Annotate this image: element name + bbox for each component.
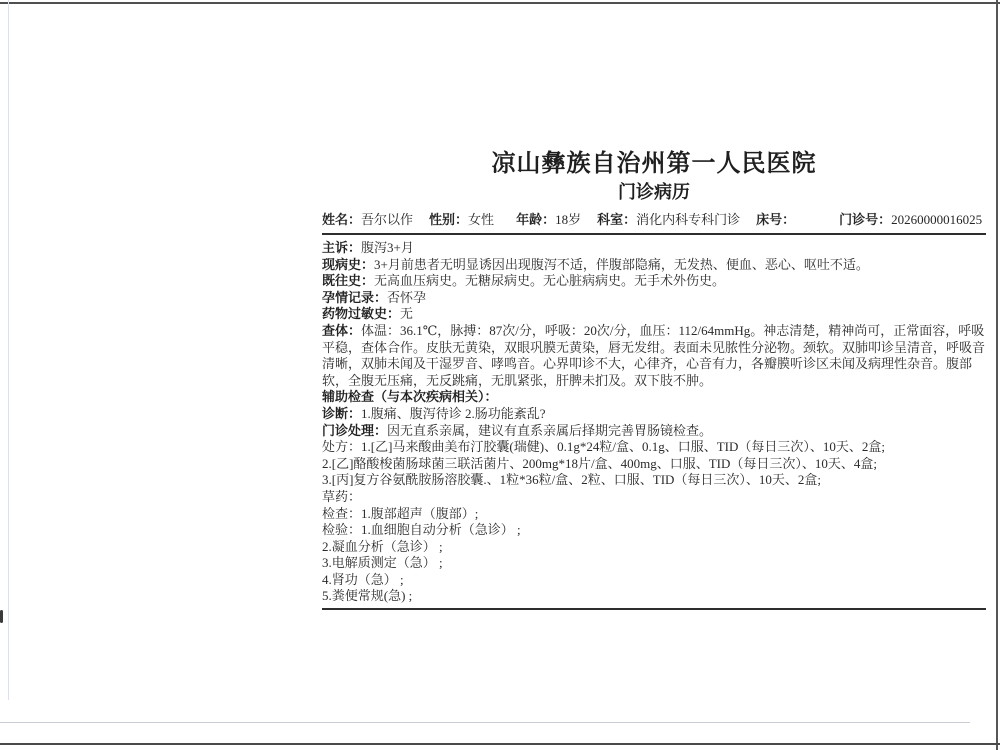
- herbal-medicine-label: 草药：: [322, 489, 361, 504]
- drug-allergy-line: 药物过敏史：无: [322, 306, 986, 323]
- patient-gender-label: 性别：: [429, 212, 468, 227]
- chief-complaint-label: 主诉：: [322, 240, 361, 255]
- diagnosis-text: 1.腹痛、腹泻待诊 2.肠功能紊乱?: [361, 406, 546, 421]
- herbal-medicine-line: 草药：: [322, 489, 986, 506]
- scan-left-edge-line: [8, 0, 9, 700]
- record-body: 主诉：腹泻3+月 现病史：3+月前患者无明显诱因出现腹泻不适，伴腹部隐痛，无发热…: [322, 235, 986, 610]
- auxiliary-exam-label: 辅助检查（与本次疾病相关）：: [322, 389, 498, 404]
- examination-line: 检查：1.腹部超声（腹部）;: [322, 506, 986, 523]
- patient-visit-number-label: 门诊号：: [839, 212, 891, 227]
- outpatient-handling-line: 门诊处理：因无直系亲属，建议有直系亲属后择期完善胃肠镜检查。: [322, 423, 986, 440]
- diagnosis-label: 诊断：: [322, 406, 361, 421]
- patient-visit-number-value: 20260000016025: [891, 212, 982, 227]
- patient-age-label: 年龄：: [516, 212, 555, 227]
- patient-name-label: 姓名：: [322, 212, 361, 227]
- prescription-label: 处方：: [322, 439, 361, 454]
- patient-bed: 床号：: [756, 212, 813, 228]
- patient-gender-value: 女性: [468, 212, 494, 227]
- drug-allergy-text: 无: [400, 306, 413, 321]
- patient-info-row: 姓名：吾尔以作 性别：女性 年龄：18岁 科室：消化内科专科门诊 床号： 门诊号…: [322, 212, 986, 235]
- examination-item-1: 1.腹部超声（腹部）;: [361, 506, 478, 521]
- physical-exam-text: 体温：36.1℃，脉搏：87次/分，呼吸：20次/分，血压：112/64mmHg…: [322, 323, 985, 388]
- prescription-line-1: 处方：1.[乙]马来酸曲美布汀胶囊(瑞健)、0.1g*24粒/盒、0.1g、口服…: [322, 439, 986, 456]
- examination-label: 检查：: [322, 506, 361, 521]
- pregnancy-record-label: 孕情记录：: [322, 290, 387, 305]
- diagnosis-line: 诊断：1.腹痛、腹泻待诊 2.肠功能紊乱?: [322, 406, 986, 423]
- hospital-name: 凉山彝族自治州第一人民医院: [322, 150, 986, 178]
- present-illness-line: 现病史：3+月前患者无明显诱因出现腹泻不适，伴腹部隐痛，无发热、便血、恶心、呕吐…: [322, 257, 986, 274]
- auxiliary-exam-line: 辅助检查（与本次疾病相关）：: [322, 389, 986, 406]
- patient-department: 科室：消化内科专科门诊: [597, 212, 740, 228]
- past-history-line: 既往史：无高血压病史。无糖尿病史。无心脏病病史。无手术外伤史。: [322, 273, 986, 290]
- patient-department-value: 消化内科专科门诊: [636, 212, 740, 227]
- scan-right-edge-line: [996, 0, 998, 750]
- scan-top-edge-line: [0, 2, 1000, 4]
- pregnancy-record-line: 孕情记录：否怀孕: [322, 290, 986, 307]
- chief-complaint-line: 主诉：腹泻3+月: [322, 240, 986, 257]
- patient-department-label: 科室：: [597, 212, 636, 227]
- patient-gender: 性别：女性: [429, 212, 494, 228]
- patient-visit-number: 门诊号：20260000016025: [839, 212, 982, 228]
- outpatient-handling-text: 因无直系亲属，建议有直系亲属后择期完善胃肠镜检查。: [387, 423, 712, 438]
- drug-allergy-label: 药物过敏史：: [322, 306, 400, 321]
- physical-exam-label: 查体：: [322, 323, 361, 338]
- lab-test-item-5: 5.粪便常规(急) ;: [322, 588, 412, 603]
- patient-bed-label: 床号：: [756, 212, 795, 227]
- physical-exam-line: 查体：体温：36.1℃，脉搏：87次/分，呼吸：20次/分，血压：112/64m…: [322, 323, 986, 389]
- present-illness-text: 3+月前患者无明显诱因出现腹泻不适，伴腹部隐痛，无发热、便血、恶心、呕吐不适。: [374, 257, 869, 272]
- scan-bottom-edge-line: [0, 743, 1000, 745]
- lab-test-item-3: 3.电解质测定（急） ;: [322, 555, 443, 570]
- lab-test-label: 检验：: [322, 522, 361, 537]
- prescription-item-2: 2.[乙]酪酸梭菌肠球菌三联活菌片、200mg*18片/盒、400mg、口服、T…: [322, 456, 877, 471]
- prescription-line-2: 2.[乙]酪酸梭菌肠球菌三联活菌片、200mg*18片/盒、400mg、口服、T…: [322, 456, 986, 473]
- lab-test-line-2: 2.凝血分析（急诊） ;: [322, 539, 986, 556]
- lab-test-line-3: 3.电解质测定（急） ;: [322, 555, 986, 572]
- past-history-label: 既往史：: [322, 273, 374, 288]
- patient-name-value: 吾尔以作: [361, 212, 413, 227]
- pregnancy-record-text: 否怀孕: [387, 290, 426, 305]
- prescription-line-3: 3.[丙]复方谷氨酰胺肠溶胶囊.、1粒*36粒/盒、2粒、口服、TID（每日三次…: [322, 472, 986, 489]
- prescription-item-3: 3.[丙]复方谷氨酰胺肠溶胶囊.、1粒*36粒/盒、2粒、口服、TID（每日三次…: [322, 472, 821, 487]
- lab-test-item-2: 2.凝血分析（急诊） ;: [322, 539, 443, 554]
- present-illness-label: 现病史：: [322, 257, 374, 272]
- lab-test-line-5: 5.粪便常规(急) ;: [322, 588, 986, 605]
- prescription-item-1: 1.[乙]马来酸曲美布汀胶囊(瑞健)、0.1g*24粒/盒、0.1g、口服、TI…: [361, 439, 885, 454]
- lab-test-item-4: 4.肾功（急） ;: [322, 572, 404, 587]
- lab-test-line-1: 检验：1.血细胞自动分析（急诊） ;: [322, 522, 986, 539]
- document-title: 门诊病历: [322, 180, 986, 204]
- medical-record-page: 凉山彝族自治州第一人民医院 门诊病历 姓名：吾尔以作 性别：女性 年龄：18岁 …: [322, 150, 986, 610]
- chief-complaint-text: 腹泻3+月: [361, 240, 414, 255]
- scan-artifact-mark: [0, 610, 3, 623]
- patient-age-value: 18岁: [555, 212, 581, 227]
- patient-age: 年龄：18岁: [516, 212, 581, 228]
- patient-name: 姓名：吾尔以作: [322, 212, 413, 228]
- lab-test-item-1: 1.血细胞自动分析（急诊） ;: [361, 522, 521, 537]
- scan-inner-bottom-line: [0, 722, 970, 723]
- past-history-text: 无高血压病史。无糖尿病史。无心脏病病史。无手术外伤史。: [374, 273, 725, 288]
- lab-test-line-4: 4.肾功（急） ;: [322, 572, 986, 589]
- outpatient-handling-label: 门诊处理：: [322, 423, 387, 438]
